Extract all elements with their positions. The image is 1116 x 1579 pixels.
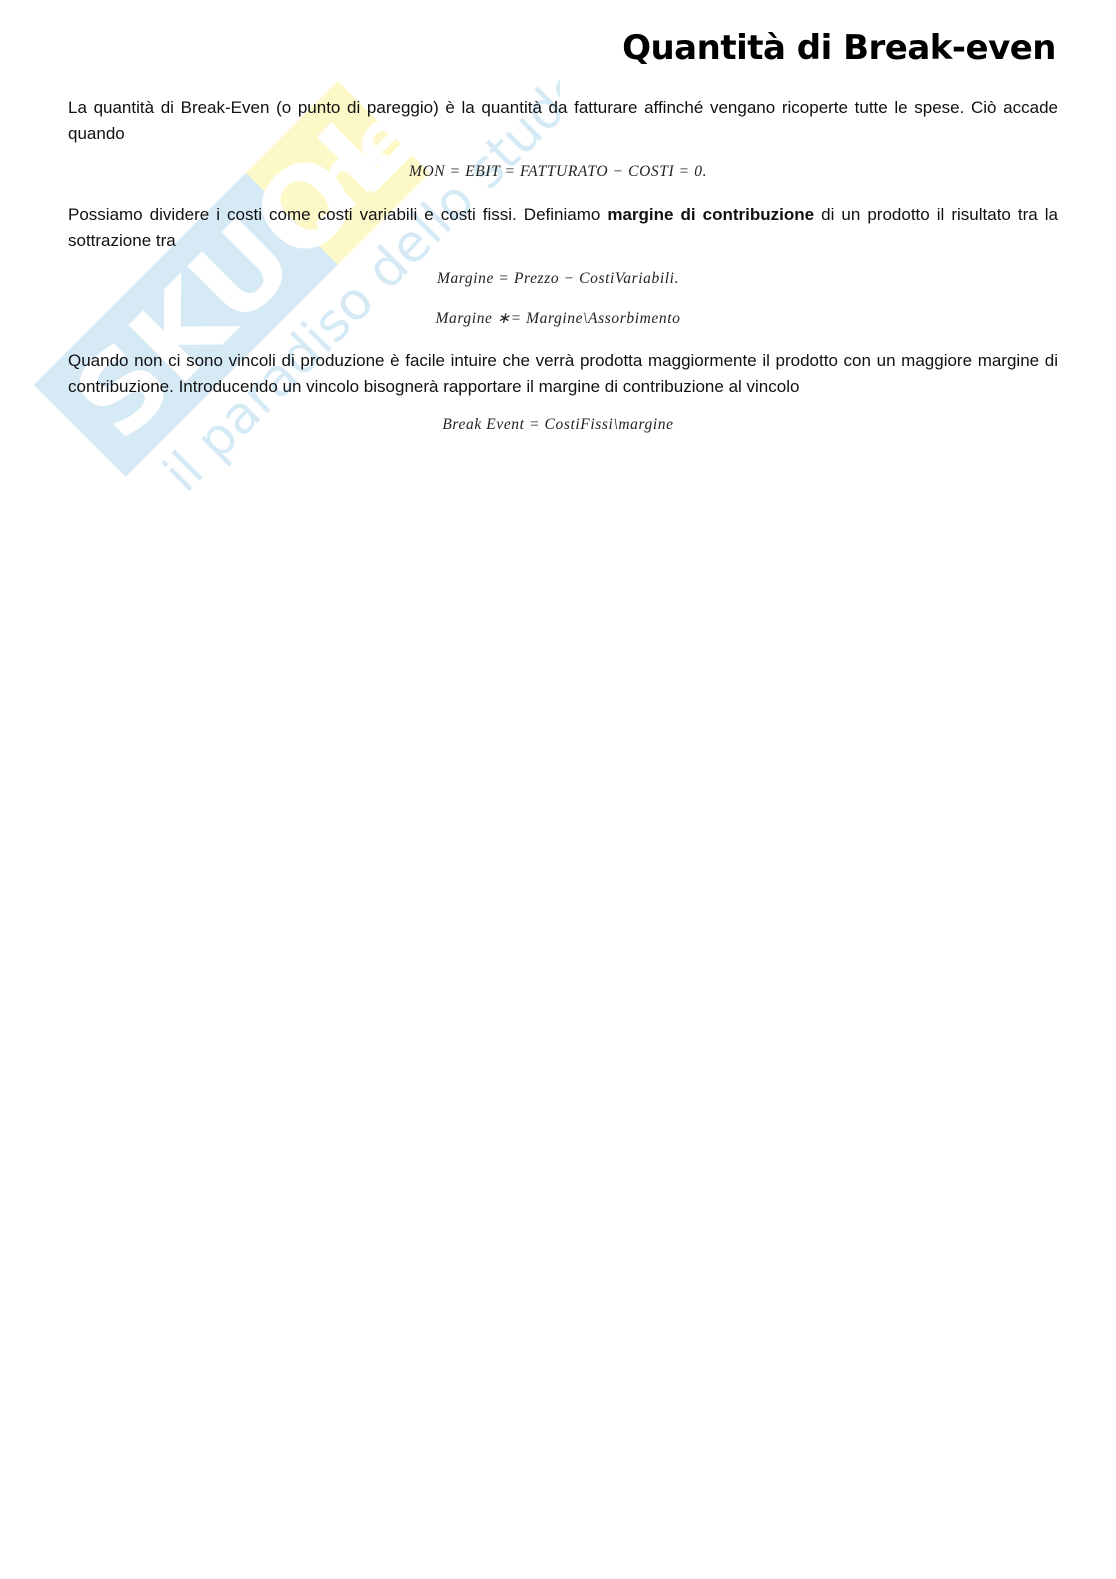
- paragraph-margin-before: Possiamo dividere i costi come costi var…: [68, 205, 607, 224]
- paragraph-intro: La quantità di Break-Even (o punto di pa…: [68, 95, 1058, 147]
- equation-margine-star: Margine ∗= Margine\Assorbimento: [0, 309, 1116, 328]
- page-title: Quantità di Break-even: [622, 28, 1056, 68]
- equation-margine: Margine = Prezzo − CostiVariabili.: [0, 270, 1116, 288]
- paragraph-margin: Possiamo dividere i costi come costi var…: [68, 202, 1058, 254]
- term-margine-contribuzione: margine di contribuzione: [607, 205, 814, 224]
- equation-ebit: MON = EBIT = FATTURATO − COSTI = 0.: [0, 163, 1116, 181]
- equation-break-even: Break Event = CostiFissi\margine: [0, 416, 1116, 434]
- paragraph-constraints: Quando non ci sono vincoli di produzione…: [68, 348, 1058, 400]
